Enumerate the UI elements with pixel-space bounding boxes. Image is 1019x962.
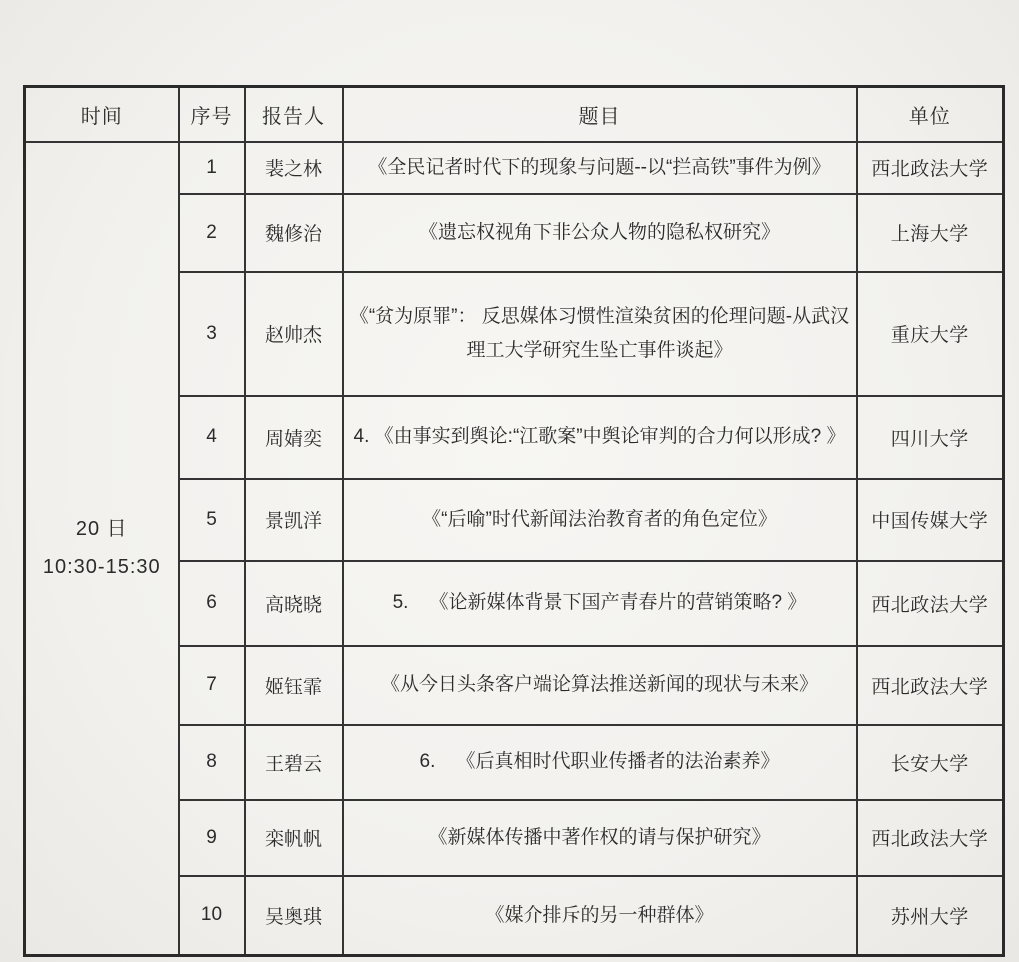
session-date: 20 日 xyxy=(34,510,170,548)
header-no: 序号 xyxy=(179,87,245,142)
cell-unit: 苏州大学 xyxy=(857,876,1004,956)
cell-presenter: 魏修治 xyxy=(245,194,343,272)
cell-title: 《媒介排斥的另一种群体》 xyxy=(343,876,857,956)
cell-presenter: 赵帅杰 xyxy=(245,272,343,396)
cell-title: 《“贫为原罪”： 反思媒体习惯性渲染贫困的伦理问题-从武汉理工大学研究生坠亡事件… xyxy=(343,272,857,396)
cell-presenter: 栾帆帆 xyxy=(245,800,343,876)
cell-unit: 西北政法大学 xyxy=(857,561,1004,646)
header-unit: 单位 xyxy=(857,87,1004,142)
cell-no: 8 xyxy=(179,725,245,800)
cell-title: 《遗忘权视角下非公众人物的隐私权研究》 xyxy=(343,194,857,272)
cell-presenter: 吴奥琪 xyxy=(245,876,343,956)
cell-presenter: 姬钰霏 xyxy=(245,646,343,725)
cell-title: 《全民记者时代下的现象与问题--以“拦高铁”事件为例》 xyxy=(343,142,857,194)
cell-no: 6 xyxy=(179,561,245,646)
table-row: 20 日 10:30-15:30 1 裴之林 《全民记者时代下的现象与问题--以… xyxy=(25,142,1004,194)
cell-unit: 中国传媒大学 xyxy=(857,479,1004,561)
cell-title: 6. 《后真相时代职业传播者的法治素养》 xyxy=(343,725,857,800)
cell-title: 《“后喻”时代新闻法治教育者的角色定位》 xyxy=(343,479,857,561)
cell-presenter: 景凯洋 xyxy=(245,479,343,561)
cell-unit: 重庆大学 xyxy=(857,272,1004,396)
cell-presenter: 周婧奕 xyxy=(245,396,343,479)
cell-no: 5 xyxy=(179,479,245,561)
session-time-cell: 20 日 10:30-15:30 xyxy=(25,142,179,956)
header-time: 时间 xyxy=(25,87,179,142)
cell-unit: 西北政法大学 xyxy=(857,800,1004,876)
cell-unit: 四川大学 xyxy=(857,396,1004,479)
session-hours: 10:30-15:30 xyxy=(34,548,170,586)
cell-presenter: 高晓晓 xyxy=(245,561,343,646)
cell-unit: 上海大学 xyxy=(857,194,1004,272)
cell-title: 5. 《论新媒体背景下国产青春片的营销策略? 》 xyxy=(343,561,857,646)
cell-unit: 长安大学 xyxy=(857,725,1004,800)
cell-presenter: 裴之林 xyxy=(245,142,343,194)
header-row: 时间 序号 报告人 题目 单位 xyxy=(25,87,1004,142)
cell-presenter: 王碧云 xyxy=(245,725,343,800)
cell-title: 《新媒体传播中著作权的请与保护研究》 xyxy=(343,800,857,876)
cell-no: 7 xyxy=(179,646,245,725)
header-title: 题目 xyxy=(343,87,857,142)
cell-no: 4 xyxy=(179,396,245,479)
photographed-document-page: 时间 序号 报告人 题目 单位 20 日 10:30-15:30 1 裴之林 《… xyxy=(0,0,1019,962)
cell-no: 1 xyxy=(179,142,245,194)
cell-no: 9 xyxy=(179,800,245,876)
cell-unit: 西北政法大学 xyxy=(857,142,1004,194)
cell-title: 《从今日头条客户端论算法推送新闻的现状与未来》 xyxy=(343,646,857,725)
cell-no: 10 xyxy=(179,876,245,956)
cell-no: 3 xyxy=(179,272,245,396)
cell-unit: 西北政法大学 xyxy=(857,646,1004,725)
header-presenter: 报告人 xyxy=(245,87,343,142)
cell-no: 2 xyxy=(179,194,245,272)
conference-schedule-table: 时间 序号 报告人 题目 单位 20 日 10:30-15:30 1 裴之林 《… xyxy=(23,85,1005,957)
cell-title: 4. 《由事实到舆论:“江歌案”中舆论审判的合力何以形成? 》 xyxy=(343,396,857,479)
